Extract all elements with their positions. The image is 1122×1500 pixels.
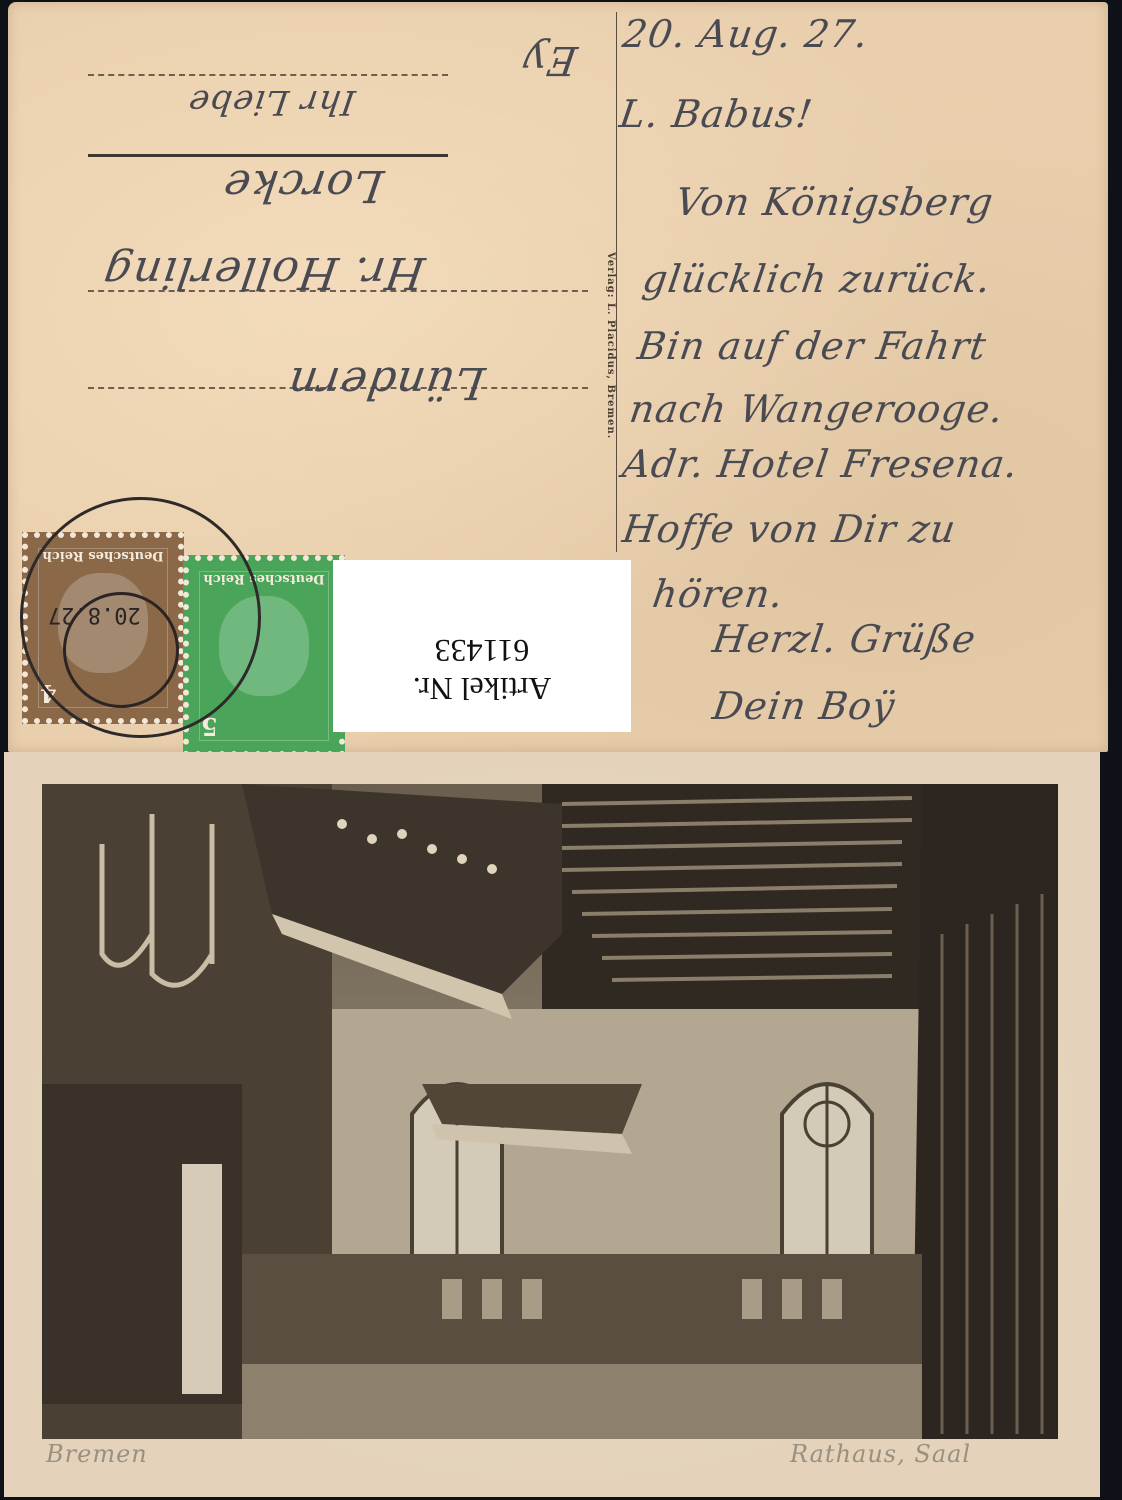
article-label: 611433 Artikel Nr. xyxy=(333,560,631,732)
message-line: Adr. Hotel Fresena. xyxy=(620,442,1021,486)
message-line: Hoffe von Dir zu xyxy=(620,507,959,551)
signature: Dein Boÿ xyxy=(710,684,898,728)
hall-interior-image xyxy=(42,784,1058,1439)
address-line xyxy=(88,154,448,157)
article-number: 611433 xyxy=(333,632,631,669)
message-line: L. Babus! xyxy=(617,92,816,136)
message-line: Bin auf der Fahrt xyxy=(635,324,989,368)
address-text: Ihr Liebe xyxy=(185,82,357,122)
message-line: glücklich zurück. xyxy=(640,257,994,301)
town-hall-photo xyxy=(42,784,1058,1439)
caption-location: Rathaus, Saal xyxy=(790,1440,971,1468)
address-text: Hr. Hollerling xyxy=(99,247,427,298)
address-text: Lorcke xyxy=(219,160,386,211)
address-line xyxy=(88,74,448,76)
message-line: nach Wangerooge. xyxy=(627,387,1007,431)
publisher-imprint: Verlag: L. Placidus, Bremen. xyxy=(605,252,616,439)
article-title: Artikel Nr. xyxy=(333,670,631,707)
message-line: 20. Aug. 27. xyxy=(620,12,872,56)
card-divider xyxy=(616,12,617,552)
address-text: Lündern xyxy=(284,357,488,408)
postmark-date: 20.8.27 xyxy=(48,602,141,627)
postcard-front: Bremen Rathaus, Saal xyxy=(4,752,1100,1497)
caption-city: Bremen xyxy=(46,1440,148,1468)
message-line: Herzl. Grüße xyxy=(710,617,979,661)
message-line: hören. xyxy=(650,572,787,616)
margin-note: Ey xyxy=(520,37,580,83)
message-line: Von Königsberg xyxy=(673,180,997,224)
